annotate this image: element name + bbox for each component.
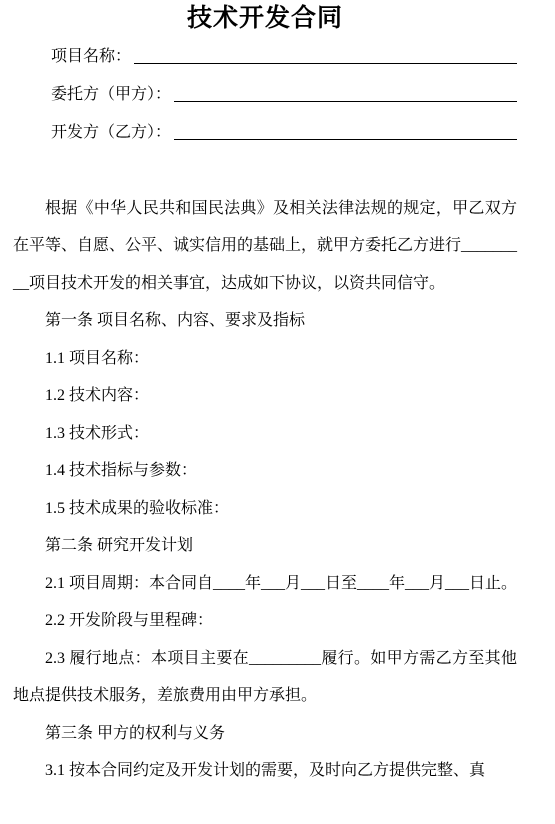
intro-paragraph: 根据《中华人民共和国民法典》及相关法律法规的规定，甲乙双方在平等、自愿、公平、诚… [13, 190, 517, 303]
project-name-label: 项目名称： [51, 38, 131, 76]
clause-1-3: 1.3 技术形式： [13, 415, 517, 453]
party-a-blank-line[interactable] [174, 76, 517, 102]
article-1-heading: 第一条 项目名称、内容、要求及指标 [13, 302, 517, 340]
contract-document-page: 技术开发合同 项目名称： 委托方（甲方）： 开发方（乙方）： 根据《中华人民共和… [0, 0, 555, 824]
party-a-label: 委托方（甲方）： [51, 76, 171, 114]
party-b-blank-line[interactable] [174, 114, 517, 140]
clause-1-4: 1.4 技术指标与参数： [13, 452, 517, 490]
clause-1-1: 1.1 项目名称： [13, 340, 517, 378]
clause-3-1: 3.1 按本合同约定及开发计划的需要，及时向乙方提供完整、真 [13, 752, 517, 790]
project-name-blank-line[interactable] [134, 38, 517, 64]
clause-2-1: 2.1 项目周期：本合同自____年___月___日至____年___月___日… [13, 565, 517, 603]
clause-1-2: 1.2 技术内容： [13, 377, 517, 415]
party-a-field: 委托方（甲方）： [13, 76, 517, 114]
clause-1-5: 1.5 技术成果的验收标准： [13, 490, 517, 528]
project-name-field: 项目名称： [13, 38, 517, 76]
contract-body: 根据《中华人民共和国民法典》及相关法律法规的规定，甲乙双方在平等、自愿、公平、诚… [13, 190, 517, 790]
document-title: 技术开发合同 [13, 0, 517, 38]
clause-2-3: 2.3 履行地点：本项目主要在_________履行。如甲方需乙方至其他地点提供… [13, 640, 517, 715]
party-b-field: 开发方（乙方）： [13, 114, 517, 152]
party-b-label: 开发方（乙方）： [51, 114, 171, 152]
article-3-heading: 第三条 甲方的权利与义务 [13, 715, 517, 753]
clause-2-2: 2.2 开发阶段与里程碑： [13, 602, 517, 640]
article-2-heading: 第二条 研究开发计划 [13, 527, 517, 565]
